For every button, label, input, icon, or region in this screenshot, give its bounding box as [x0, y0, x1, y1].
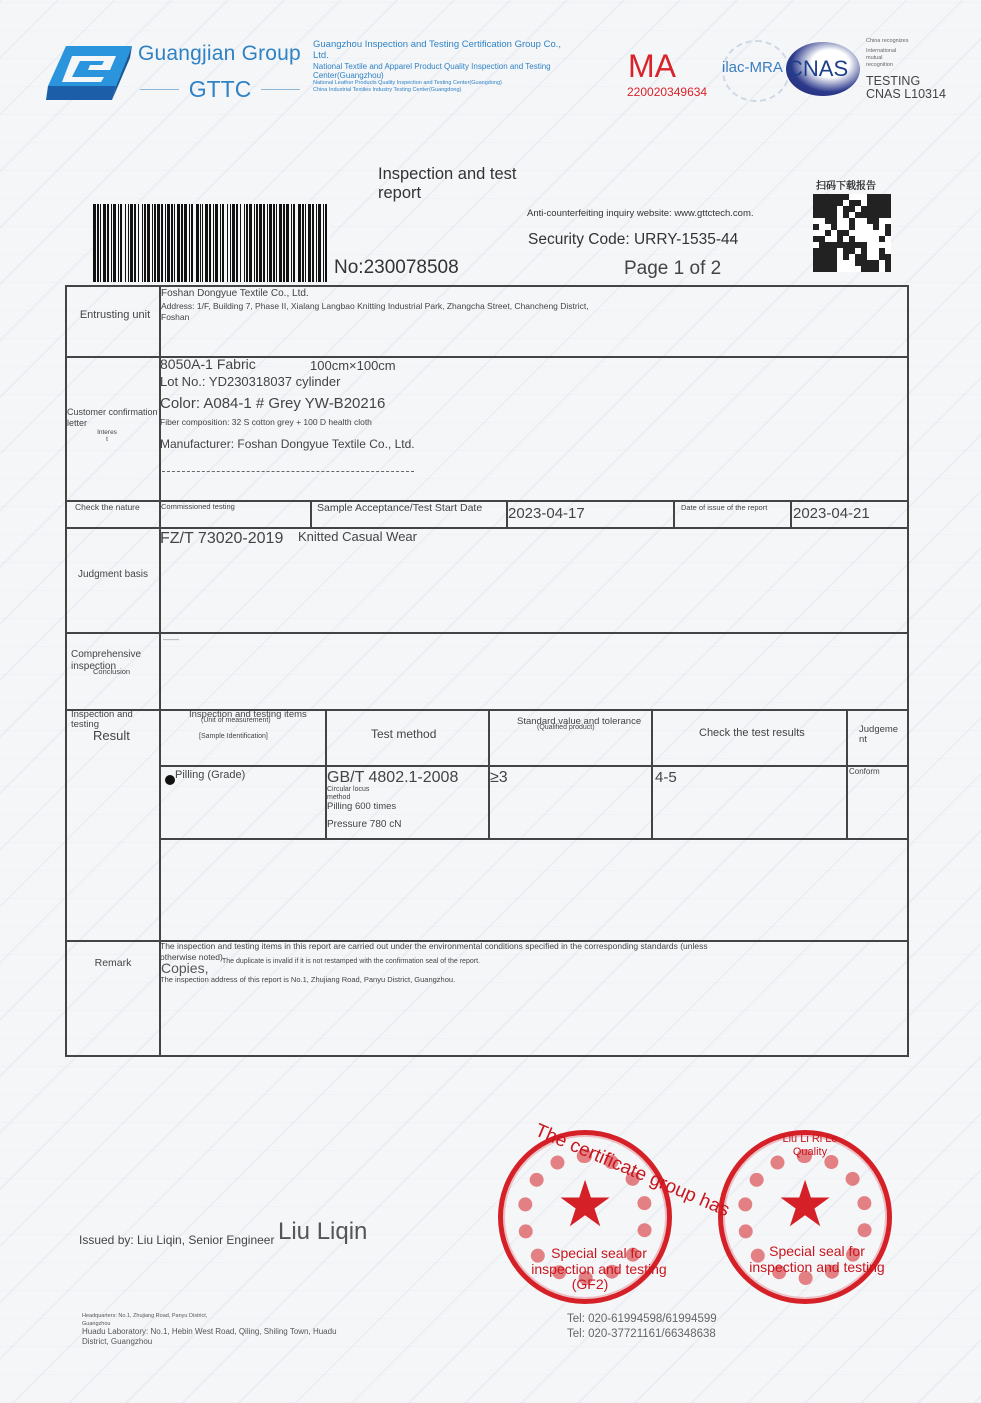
signature: Liu Liqin: [278, 1218, 367, 1246]
sample-divider: [162, 471, 414, 472]
result-method-detail-1: Circular locus method: [327, 786, 377, 801]
brand-abbr: GTTC: [140, 76, 300, 103]
remark-line-2: The duplicate is invalid if it is not re…: [222, 958, 512, 967]
result-value: 4-5: [655, 769, 677, 786]
conclusion-value: ——: [163, 635, 179, 644]
result-method-detail-3: Pressure 780 cN: [327, 819, 401, 830]
conclusion-label: Comprehensive inspection Conclusion: [71, 649, 161, 677]
check-nature-value: Commissioned testing: [161, 502, 241, 511]
result-method: GB/T 4802.1-2008: [327, 769, 458, 787]
issue-date: 2023-04-21: [793, 505, 870, 522]
sample-color: Color: A084-1 # Grey YW-B20216: [160, 395, 385, 412]
remark-copies: Copies,: [161, 960, 208, 976]
check-nature-label: Check the nature: [75, 502, 140, 512]
organization-names: Guangzhou Inspection and Testing Certifi…: [313, 40, 563, 93]
star-icon: ★: [556, 1172, 613, 1236]
entrusting-unit-address: Address: 1/F, Building 7, Phase II, Xial…: [161, 301, 601, 324]
ilac-mra-label: ilac-MRA: [722, 59, 783, 76]
sample-size: 100cm×100cm: [310, 358, 396, 373]
judgment-standard-name: Knitted Casual Wear: [298, 529, 417, 544]
test-start-date-label: Sample Acceptance/Test Start Date: [317, 502, 482, 514]
sample-fiber-composition: Fiber composition: 32 S cotton grey + 10…: [160, 417, 372, 427]
recognition-text: China recognizes International mutual re…: [866, 38, 936, 70]
brand-name: Guangjian Group: [138, 42, 301, 66]
telephone-2: Tel: 020-37721161/66348638: [567, 1328, 716, 1340]
judgement-header: Judgement: [859, 725, 899, 746]
result-method-detail-2: Pilling 600 times: [327, 801, 396, 812]
result-standard: ≥3: [490, 769, 508, 787]
sample-product: 8050A-1 Fabric: [160, 356, 256, 372]
test-start-date: 2023-04-17: [508, 505, 585, 522]
results-label: Inspection and testing Result: [71, 710, 159, 743]
seal-2-overlay-text: Liu Li Ri Le Quality: [765, 1133, 855, 1158]
report-number: No:230078508: [334, 257, 459, 279]
report-title: Inspection and test report: [378, 165, 548, 203]
anti-counterfeit-website: Anti-counterfeiting inquiry website: www…: [527, 208, 754, 219]
report-table: Entrusting unit Foshan Dongyue Textile C…: [65, 285, 909, 1057]
gttc-logo-icon: [46, 44, 132, 102]
star-icon: ★: [776, 1172, 833, 1236]
result-item: Pilling (Grade): [175, 769, 245, 781]
cnas-label: CNAS: [787, 56, 848, 82]
telephone-1: Tel: 020-61994598/61994599: [567, 1313, 717, 1325]
judgment-standard: FZ/T 73020-2019: [160, 530, 283, 548]
test-results-header: Check the test results: [699, 727, 805, 739]
qr-code[interactable]: [813, 194, 891, 272]
judgment-basis-label: Judgment basis: [67, 569, 159, 580]
ma-number: 220020349634: [627, 85, 707, 99]
lab-address: Huadu Laboratory: No.1, Hebin West Road,…: [82, 1327, 342, 1347]
entrusting-unit-label: Entrusting unit: [71, 309, 159, 321]
issue-date-label: Date of issue of the report: [681, 503, 767, 512]
sample-manufacturer: Manufacturer: Foshan Dongyue Textile Co.…: [160, 437, 415, 451]
issued-by: Issued by: Liu Liqin, Senior Engineer: [79, 1233, 274, 1247]
entrusting-unit-name: Foshan Dongyue Textile Co., Ltd.: [161, 288, 309, 299]
page-indicator: Page 1 of 2: [624, 258, 721, 280]
bullet-icon: [165, 775, 175, 785]
remark-label: Remark: [67, 957, 159, 969]
items-header: Inspection and testing items (Unit of me…: [189, 710, 319, 741]
seal-1-code: (GF2): [520, 1276, 660, 1292]
sample-lot-number: Lot No.: YD230318037 cylinder: [160, 374, 340, 389]
security-code: Security Code: URRY-1535-44: [528, 231, 738, 249]
customer-confirmation-label: Customer confirmation letter Interest: [67, 407, 159, 444]
standard-header: Standard value and tolerance (Qualified …: [517, 717, 647, 732]
cnas-testing-number: TESTING CNAS L10314: [866, 75, 946, 101]
ma-certification-mark: MA: [628, 50, 676, 82]
barcode: [93, 204, 330, 282]
result-judgement: Conform: [849, 767, 880, 776]
seal-1-text: Special seal for inspection and testing: [520, 1245, 678, 1277]
qr-label: 扫码下载报告: [816, 177, 876, 192]
remark-line-3: The inspection address of this report is…: [160, 975, 455, 984]
test-method-header: Test method: [371, 727, 436, 741]
seal-2-text: Special seal for inspection and testing: [740, 1243, 894, 1275]
